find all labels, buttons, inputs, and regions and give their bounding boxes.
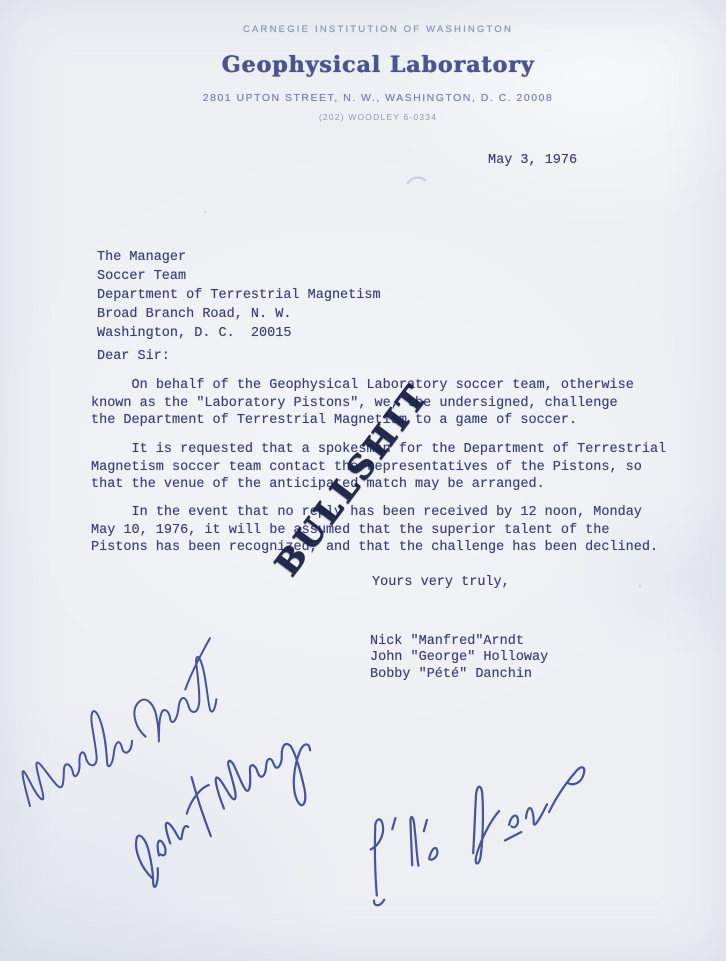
typed-signer-names: Nick "Manfred"Arndt John "George" Hollow… [370, 634, 548, 683]
ink-smudge [408, 178, 425, 183]
body-paragraph-2: It is requested that a spokesman for the… [91, 441, 666, 494]
salutation: Dear Sir: [97, 348, 170, 366]
letter-date: May 3, 1976 [488, 152, 577, 170]
paper-speck [204, 211, 206, 213]
signature-john-holloway [115, 714, 334, 897]
institution-name: CARNEGIE INSTITUTION OF WASHINGTON [30, 24, 726, 35]
letterhead-phone: (202) WOODLEY 6-0334 [30, 112, 726, 122]
scanned-letter: CARNEGIE INSTITUTION OF WASHINGTON Geoph… [0, 0, 726, 961]
closing-phrase: Yours very truly, [372, 574, 510, 592]
laboratory-name: Geophysical Laboratory [30, 52, 726, 78]
recipient-address: The Manager Soccer Team Department of Te… [97, 248, 381, 343]
signature-manfred-arndt [0, 638, 242, 806]
body-paragraph-1: On behalf of the Geophysical Laboratory … [91, 377, 634, 430]
letterhead-address: 2801 UPTON STREET, N. W., WASHINGTON, D.… [30, 92, 726, 104]
letterhead: CARNEGIE INSTITUTION OF WASHINGTON Geoph… [30, 0, 726, 140]
signature-pele-danchin [352, 759, 604, 906]
paper-speck [639, 585, 641, 587]
body-paragraph-3: In the event that no reply has been rece… [91, 504, 658, 557]
